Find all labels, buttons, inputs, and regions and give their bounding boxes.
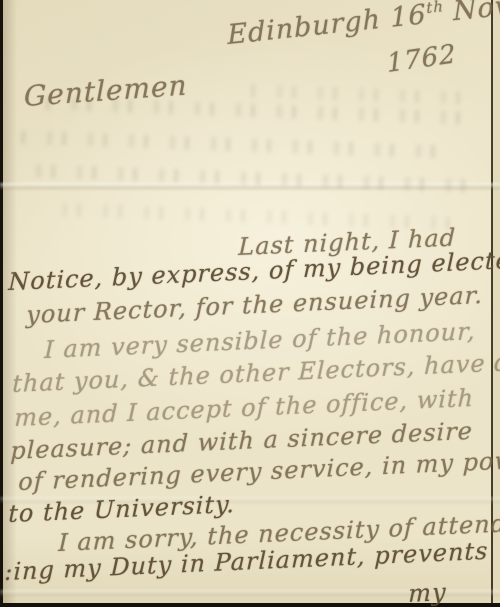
- heading-place-day: Edinburgh 16: [227, 0, 427, 51]
- scan-left-edge: [0, 0, 3, 607]
- heading-day-ordinal: th: [426, 0, 444, 17]
- heading-place-date: Edinburgh 16thNovr: [227, 0, 500, 51]
- show-through-ghost-text: [250, 84, 470, 105]
- show-through-ghost-text: [20, 131, 445, 159]
- heading-year: 1762: [386, 39, 458, 79]
- catchword: my: [408, 578, 447, 607]
- letter-scan: Edinburgh 16thNovr 1762 Gentlemen Last n…: [0, 0, 500, 607]
